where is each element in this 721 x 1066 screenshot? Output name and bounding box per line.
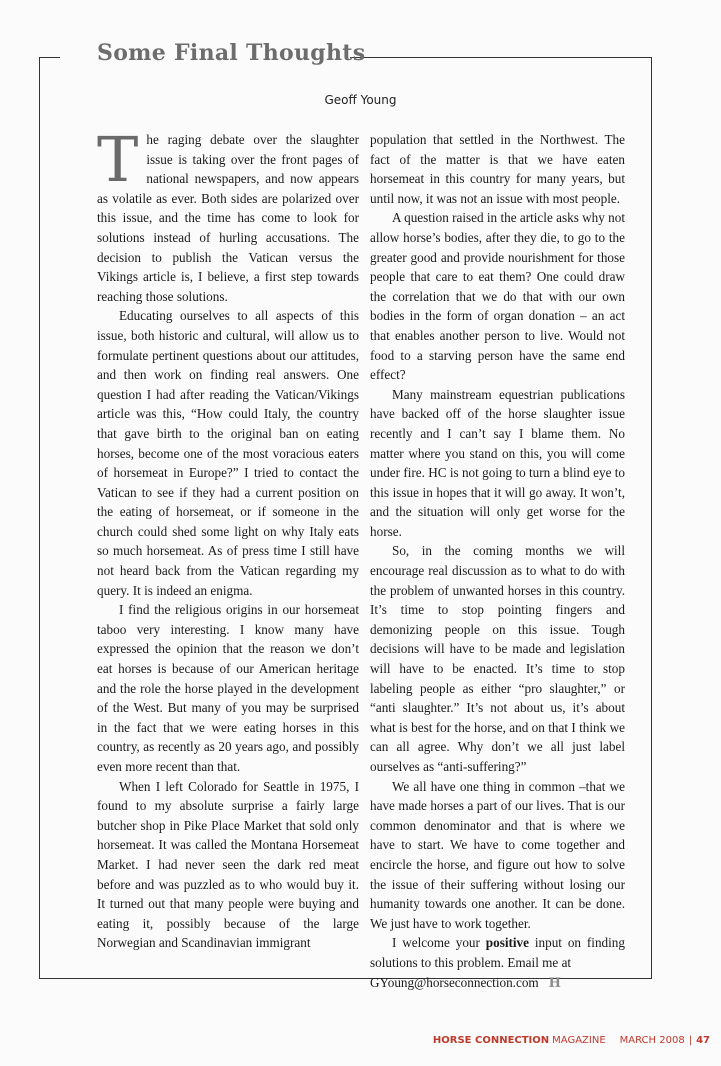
left-column: The raging debate over the slaughter iss… — [97, 130, 359, 953]
drop-cap: T — [97, 134, 138, 186]
paragraph-3: I find the religious origins in our hors… — [97, 600, 359, 776]
emphasis-positive: positive — [486, 935, 529, 950]
closing-paragraph: I welcome your positive input on finding… — [370, 933, 625, 972]
footer-magazine: MAGAZINE — [552, 1035, 605, 1046]
paragraph-8: So, in the coming months we will encoura… — [370, 541, 625, 776]
footer-date: MARCH 2008 — [620, 1035, 685, 1046]
paragraph-6: A question raised in the article asks wh… — [370, 208, 625, 384]
paragraph-5: population that settled in the Northwest… — [370, 130, 625, 208]
article-title: Some Final Thoughts — [97, 40, 365, 66]
email-line: GYoung@horseconnection.comH — [370, 973, 625, 994]
end-mark-logo-icon: H — [549, 974, 561, 994]
right-column: population that settled in the Northwest… — [370, 130, 625, 993]
paragraph-7: Many mainstream equestrian publications … — [370, 385, 625, 542]
page-footer: HORSE CONNECTION MAGAZINE MARCH 2008 | 4… — [440, 1030, 710, 1050]
author-email[interactable]: GYoung@horseconnection.com — [370, 975, 539, 990]
footer-separator: | — [689, 1035, 692, 1046]
footer-brand: HORSE CONNECTION — [433, 1035, 549, 1046]
author-byline: Geoff Young — [0, 93, 721, 107]
paragraph-4: When I left Colorado for Seattle in 1975… — [97, 777, 359, 953]
paragraph-9: We all have one thing in common –that we… — [370, 777, 625, 934]
paragraph-1: The raging debate over the slaughter iss… — [97, 130, 359, 306]
paragraph-2: Educating ourselves to all aspects of th… — [97, 306, 359, 600]
page-number: 47 — [696, 1035, 710, 1046]
